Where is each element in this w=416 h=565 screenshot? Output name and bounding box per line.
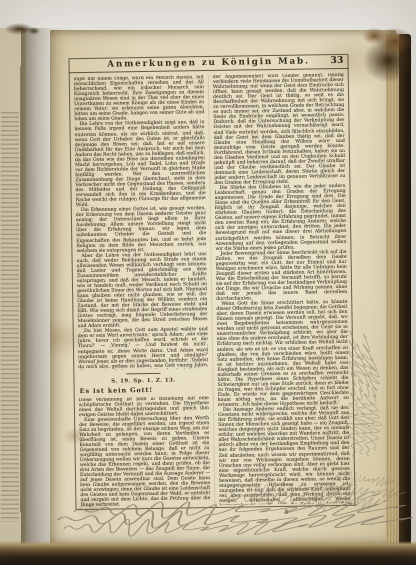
book-photo: Anmerkungen zu Königin Mab. 33 legst mit… <box>0 0 416 565</box>
signature-mark: 5 <box>285 510 289 516</box>
paragraph: Die Aussage Anderer endlich verlangt, da… <box>218 406 351 505</box>
paragraph: Diese Verneinung ist bloß in Beziehung a… <box>79 396 209 418</box>
section-reference: S. 19. Sp. 1. Z. 13. <box>78 377 208 385</box>
right-text-column: der Angemessenheit wird Glaube genannt. … <box>213 73 351 505</box>
page-number: 33 <box>330 55 343 66</box>
paragraph: Wenn Gott die Sinne erschüttert hätte, s… <box>216 300 349 408</box>
right-column-text: der Angemessenheit wird Glaube genannt. … <box>213 73 351 505</box>
paragraph: Aber die Lehre von der Nothwendigkeit le… <box>76 252 207 330</box>
left-column-note-text: Diese Verneinung ist bloß in Beziehung a… <box>79 396 211 508</box>
paragraph: Jeder Beweisgrund der Sinne beschränkt s… <box>215 250 347 303</box>
paragraph: Die Erkennung eines Gottes ist, wie gesa… <box>76 206 207 253</box>
paragraph: der Angemessenheit wird Glaube genannt. … <box>213 73 346 186</box>
left-column-continuation-text: legst mit einem Dinge, ward ein Mensch d… <box>74 75 209 370</box>
paragraph: Eine gewissenhafte Untersuchung über den… <box>79 416 210 507</box>
section-heading: Es ist kein Gott! <box>80 385 209 395</box>
paragraph: ‚Du bist Moses, den Gott zum Apostel wäh… <box>78 327 209 370</box>
section-rule <box>126 373 160 375</box>
paragraph: Die Lehre von der Nothwendigkeit zeigt u… <box>74 121 205 209</box>
paragraph: legst mit einem Dinge, ward ein Mensch d… <box>74 75 205 122</box>
paragraph: Die Stärke des Glaubens ist, wie die jed… <box>214 184 346 252</box>
page-title: Anmerkungen zu Königin Mab. <box>68 56 348 70</box>
printed-page-block: Anmerkungen zu Königin Mab. 33 legst mit… <box>0 0 416 565</box>
left-text-column: legst mit einem Dinge, ward ein Mensch d… <box>74 75 211 507</box>
